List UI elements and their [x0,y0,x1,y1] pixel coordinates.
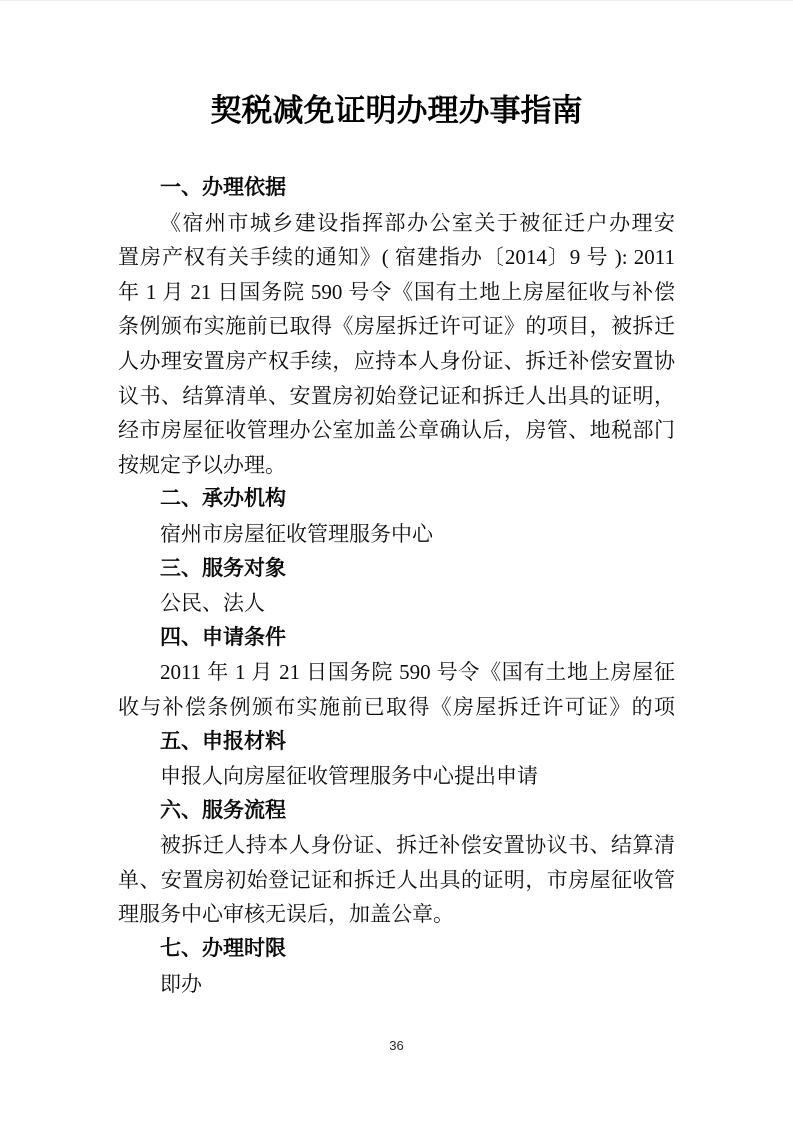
document-body: 一、办理依据 《宿州市城乡建设指挥部办公室关于被征迁户办理安 置房产权有关手续的… [118,171,675,1001]
page-number: 36 [0,1037,793,1055]
paragraph-line: 2011 年 1 月 21 日国务院 590 号令《国有土地上房屋征 [118,655,675,690]
document-page: 契税减免证明办理办事指南 一、办理依据 《宿州市城乡建设指挥部办公室关于被征迁户… [0,0,793,1122]
section-2-heading: 二、承办机构 [118,482,675,517]
paragraph-line: 单、安置房初始登记证和拆迁人出具的证明，市房屋征收管 [118,863,675,898]
paragraph-line: 年 1 月 21 日国务院 590 号令《国有土地上房屋征收与补偿 [118,275,675,310]
paragraph-line: 条例颁布实施前已取得《房屋拆迁许可证》的项目，被拆迁 [118,309,675,344]
section-7-heading: 七、办理时限 [118,932,675,967]
paragraph-line: 人办理安置房产权手续，应持本人身份证、拆迁补偿安置协 [118,344,675,379]
section-3-heading: 三、服务对象 [118,552,675,587]
section-4-heading: 四、申请条件 [118,621,675,656]
paragraph-line: 申报人向房屋征收管理服务中心提出申请 [118,759,675,794]
section-1-heading: 一、办理依据 [118,171,675,206]
paragraph-line: 经市房屋征收管理办公室加盖公章确认后，房管、地税部门 [118,413,675,448]
section-6-heading: 六、服务流程 [118,794,675,829]
paragraph-line: 宿州市房屋征收管理服务中心 [118,517,675,552]
document-title: 契税减免证明办理办事指南 [0,91,793,131]
paragraph-line: 即办 [118,967,675,1002]
paragraph-line: 收与补偿条例颁布实施前已取得《房屋拆迁许可证》的项目。 [118,690,675,725]
paragraph-line: 被拆迁人持本人身份证、拆迁补偿安置协议书、结算清 [118,828,675,863]
paragraph-line: 理服务中心审核无误后，加盖公章。 [118,897,675,932]
paragraph-line: 按规定予以办理。 [118,448,675,483]
paragraph-line: 议书、结算清单、安置房初始登记证和拆迁人出具的证明， [118,379,675,414]
paragraph-line: 公民、法人 [118,586,675,621]
paragraph-line: 《宿州市城乡建设指挥部办公室关于被征迁户办理安 [118,206,675,241]
paragraph-line: 置房产权有关手续的通知》( 宿建指办〔2014〕9 号 ): 2011 [118,240,675,275]
section-5-heading: 五、申报材料 [118,725,675,760]
